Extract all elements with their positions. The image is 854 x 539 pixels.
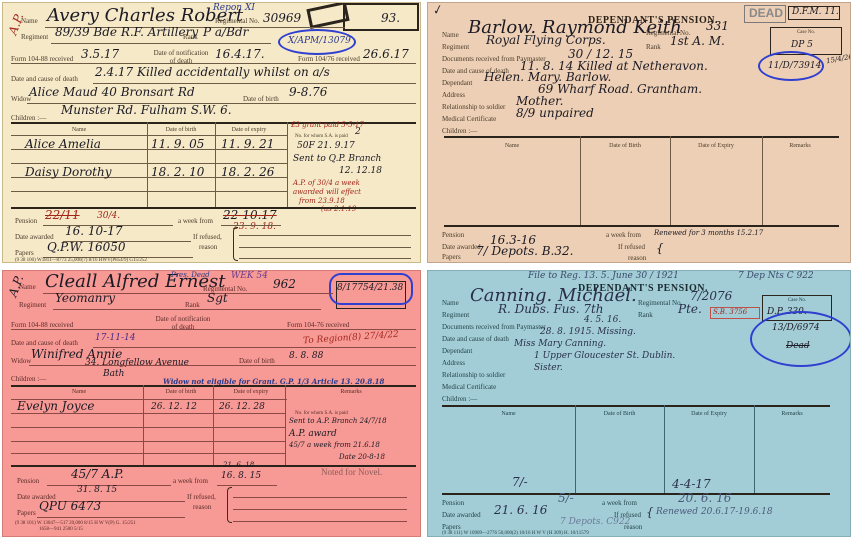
- regimental-no: 7/2076: [690, 289, 732, 303]
- child-dob: 18. 2. 10: [151, 165, 204, 179]
- label-name: Name: [442, 299, 459, 307]
- label-pension: Pension: [442, 231, 464, 239]
- col-expiry: Date of Expiry: [664, 411, 754, 417]
- label-address: Address: [442, 359, 465, 367]
- col-expiry: Date of expiry: [215, 127, 283, 133]
- rank: P a/Bdr: [203, 25, 248, 39]
- date-awarded: 16. 10-17: [65, 224, 123, 238]
- papers: 7 Depots. C922: [560, 517, 630, 527]
- case-box: 93.: [343, 3, 419, 31]
- label-papers: Papers: [17, 509, 36, 517]
- top-note: File to Reg. 13. 5. June 30 / 1921: [528, 271, 679, 281]
- annotation-top: Pres. Dead: [171, 271, 210, 279]
- week-from-new: 21. 6. 18: [223, 461, 254, 469]
- remark-3: 45/7 a week from 21.6.18: [289, 441, 380, 449]
- label-dependant: Dependant: [442, 347, 472, 355]
- circled-reference: 8/17754/21.38: [329, 273, 413, 305]
- label-reason: reason: [193, 503, 211, 511]
- medical-certificate: 8/9 unpaired: [516, 106, 594, 120]
- case-number: 93.: [381, 11, 400, 25]
- date-cause-death: 2.4.17 Killed accidentally whilst on a/s: [95, 65, 330, 79]
- label-medical: Medical Certificate: [442, 115, 496, 123]
- label-children: Children :—: [11, 375, 46, 383]
- pension-card-barlow: ✓ DEPENDANT'S PENSION. DEAD D.F.M. 11. N…: [427, 2, 851, 263]
- regimental-no: 30969: [263, 11, 301, 25]
- red-note: To Region(8) 27/4/22: [303, 330, 399, 347]
- relationship: Sister.: [534, 363, 563, 373]
- regiment: R. Dubs. Fus. 7th: [498, 302, 604, 316]
- label-week-from: a week from: [606, 231, 641, 239]
- week-from-old: 22-10.17: [223, 208, 277, 222]
- remarks-top: £3 grant paid 5-5-17: [291, 121, 364, 129]
- label-name: Name: [442, 31, 459, 39]
- child-rate: 7/-: [512, 475, 528, 489]
- label-date-cause-death: Date and cause of death: [11, 75, 78, 83]
- papers: Q.P.W. 16050: [47, 240, 126, 254]
- noted-stamp: Noted for Novel.: [321, 467, 382, 477]
- stamp-dead: DEAD: [744, 5, 786, 23]
- label-regiment: Regiment: [442, 43, 469, 51]
- rank: 1st A. M.: [670, 34, 725, 48]
- circled-reference: 13/D/6974 Dead: [750, 311, 851, 367]
- label-form-104-76: Form 104-76 received: [287, 321, 349, 329]
- label-rank: Rank: [646, 43, 661, 51]
- col-name: Name: [442, 411, 575, 417]
- label-pension: Pension: [15, 217, 37, 225]
- child-name: Alice Amelia: [25, 137, 101, 151]
- circled-ref-text: 8/17754/21.38: [337, 283, 403, 293]
- widow-dob: 9-8.76: [289, 85, 327, 99]
- top-note-right: 7 Dep Nts C 922: [738, 271, 814, 281]
- remark-2: Sent to Q.P. Branch: [293, 154, 381, 164]
- documents-received: 4. 5. 16.: [584, 315, 621, 325]
- circled-ref-text: X/APM/13079: [288, 36, 351, 46]
- pension-old: 22/11: [45, 208, 80, 222]
- print-code: (9 38 101) W 13047—517 20,000 8/15 H W V…: [15, 521, 136, 526]
- pension-card-cleall: A.P. Name Cleall Alfred Ernest Pres. Dea…: [2, 270, 421, 537]
- label-regimental-no: Regimental No.: [215, 17, 259, 25]
- date-cause-death: 28. 8. 1915. Missing.: [540, 327, 636, 337]
- regiment: 89/39 Bde R.F. Artillery: [55, 25, 198, 39]
- col-remarks: Remarks: [762, 143, 838, 149]
- label-date-awarded: Date awarded: [442, 243, 481, 251]
- label-medical: Medical Certificate: [442, 383, 496, 391]
- pension-card-canning: File to Reg. 13. 5. June 30 / 1921 7 Dep…: [427, 270, 851, 537]
- remark-4: Date 20-8-18: [339, 453, 385, 461]
- label-pension: Pension: [442, 499, 464, 507]
- papers: 7/ Depots. B.32.: [476, 244, 573, 258]
- col-dob: Date of Birth: [580, 143, 670, 149]
- week-from-new: 23. 9. 18.: [233, 222, 276, 232]
- child-name: Daisy Dorothy: [25, 165, 112, 179]
- remark-5: awarded will effect: [293, 188, 361, 196]
- regimental-no: 962: [273, 277, 296, 291]
- label-week-from: a week from: [602, 499, 637, 507]
- label-rank: Rank: [638, 311, 653, 319]
- col-name: Name: [11, 127, 147, 133]
- label-children: Children :—: [442, 395, 477, 403]
- address: 1 Upper Gloucester St. Dublin.: [534, 351, 675, 361]
- label-regiment: Regiment: [19, 301, 46, 309]
- regimental-no: 331: [706, 19, 729, 33]
- label-form-104-76: Form 104/76 received: [298, 55, 360, 63]
- label-if-refused: If refused,: [193, 233, 222, 241]
- check-mark: ✓: [430, 2, 444, 18]
- label-date-cause-death: Date and cause of death: [11, 339, 78, 347]
- label-date-of-birth: Date of birth: [239, 357, 275, 365]
- label-regimental-no: Regimental No.: [638, 299, 682, 307]
- week-from: 20. 6. 16: [678, 491, 731, 505]
- widow-dob: 8. 8. 88: [289, 351, 323, 361]
- label-form-104-88: Form 104-88 received: [11, 55, 73, 63]
- pension-new: 30/4.: [97, 211, 120, 221]
- label-relationship: Relationship to soldier: [442, 103, 505, 111]
- address: 34. Longfellow Avenue: [85, 358, 189, 368]
- col-remarks: Remarks: [287, 389, 415, 395]
- label-pension: Pension: [17, 477, 39, 485]
- label-regiment: Regiment: [442, 311, 469, 319]
- papers: QPU 6473: [39, 499, 101, 513]
- dependant: Miss Mary Canning.: [514, 339, 606, 349]
- annotation-wek: WEK 54: [231, 271, 268, 281]
- label-dependant: Dependant: [442, 79, 472, 87]
- circled-ref-text-2: Dead: [786, 341, 810, 351]
- child-dob: 11. 9. 05: [151, 137, 204, 151]
- stamp-red: S.B. 3756: [710, 307, 760, 319]
- label-rank: Rank: [183, 33, 198, 41]
- remark-4: A.P. of 30/4 a week: [293, 179, 360, 187]
- child-expiry: 26. 12. 28: [219, 402, 265, 412]
- rank: Sgt: [207, 291, 228, 305]
- label-date-awarded: Date awarded: [442, 511, 481, 519]
- remark-1: 50F 21. 9.17: [297, 141, 355, 151]
- regiment: Yeomanry: [55, 291, 115, 305]
- remark-6: from 23.9.18: [299, 197, 345, 205]
- label-reason: reason: [199, 243, 217, 251]
- label-if-refused: If refused: [618, 243, 645, 251]
- label-reason: reason: [628, 254, 646, 262]
- child-name: Evelyn Joyce: [17, 399, 94, 413]
- pension-card-avery: A.P. Name Avery Charles Robert Repon XI …: [2, 2, 421, 263]
- rank: Pte.: [678, 302, 702, 316]
- label-form-104-88: Form 104-88 received: [11, 321, 73, 329]
- remark-1: Sent to A.P. Branch 24/7/18: [289, 417, 387, 425]
- col-dob: Date of birth: [147, 127, 215, 133]
- label-papers: Papers: [15, 249, 34, 257]
- label-papers: Papers: [442, 523, 461, 531]
- annotation-top: Repon XI: [213, 3, 255, 13]
- date-awarded: 31. 8. 15: [77, 485, 117, 495]
- label-documents: Documents received from Paymaster: [442, 323, 546, 331]
- col-name: Name: [11, 389, 147, 395]
- label-week-from: a week from: [178, 217, 213, 225]
- child-dob: 26. 12. 12: [151, 402, 197, 412]
- regiment: Royal Flying Corps.: [486, 33, 606, 47]
- circled-reference: X/APM/13079: [278, 29, 356, 55]
- label-papers: Papers: [442, 253, 461, 261]
- print-code-2: 1658—941 2500 5/15: [39, 527, 83, 532]
- week-from: Renewed for 3 months 15.2.17: [654, 229, 763, 237]
- label-week-from: a week from: [173, 477, 208, 485]
- label-name: Name: [19, 283, 36, 291]
- label-name: Name: [21, 17, 38, 25]
- label-no-sa-paid: No. for whom S.A. is paid: [295, 134, 348, 139]
- stamp-dfm: D.F.M. 11.: [788, 6, 840, 20]
- circled-ref-text: 13/D/6974: [772, 323, 820, 333]
- child-expiry: 11. 9. 21: [221, 137, 274, 151]
- label-date-cause-death: Date and cause of death: [442, 335, 509, 343]
- address-cont: Munster Rd. Fulham S.W. 6.: [61, 103, 232, 117]
- widow-name: Alice Maud 40 Bronsart Rd: [29, 85, 195, 99]
- renewal-note: Renewed 20.6.17-19.6.18: [656, 507, 773, 517]
- remark-3: 12. 12.18: [339, 166, 382, 176]
- label-rank: Rank: [185, 301, 200, 309]
- circled-reference: 11/D/73914: [758, 51, 824, 81]
- label-address: Address: [442, 91, 465, 99]
- form-104-76: 26.6.17: [363, 47, 409, 61]
- date-notification: 16.4.17.: [215, 47, 265, 61]
- date-awarded: 21. 6. 16: [494, 503, 547, 517]
- label-regiment: Regiment: [21, 33, 48, 41]
- label-relationship: Relationship to soldier: [442, 371, 505, 379]
- col-dob: Date of birth: [147, 389, 215, 395]
- circled-ref-text: 11/D/73914: [768, 61, 821, 71]
- remark-2: A.P. award: [289, 429, 337, 439]
- label-children: Children :—: [11, 114, 46, 122]
- week-from: 16. 8. 15: [221, 471, 261, 481]
- col-expiry: Date of expiry: [215, 389, 287, 395]
- date-cause-death: 17-11-14: [95, 333, 135, 343]
- label-children: Children :—: [442, 127, 477, 135]
- print-code: (9 38 100) W1811—8773 25,000(7) 8/16 HWV…: [15, 258, 147, 263]
- col-name: Name: [444, 143, 580, 149]
- pension: 45/7 A.P.: [71, 467, 124, 481]
- col-dob: Date of Birth: [575, 411, 664, 417]
- col-remarks: Remarks: [754, 411, 830, 417]
- label-no-sa-paid: No. for whom S.A. is paid: [295, 411, 348, 416]
- print-code: (9 38 111) W 10909—2776 50,000(2) 10/16 …: [442, 531, 589, 536]
- child-expiry: 4-4-17: [672, 477, 711, 491]
- address-2: Bath: [103, 369, 124, 379]
- label-if-refused: If refused,: [187, 493, 216, 501]
- sa-paid: 2: [355, 127, 361, 137]
- label-date-of-birth: Date of birth: [243, 95, 279, 103]
- label-reason: reason: [624, 523, 642, 531]
- label-widow: Widow: [11, 357, 31, 365]
- col-expiry: Date of Expiry: [670, 143, 762, 149]
- form-104-88: 3.5.17: [81, 47, 119, 61]
- case-number: DP 5: [791, 40, 813, 50]
- pension: 5/-: [558, 491, 574, 505]
- child-expiry: 18. 2. 26: [221, 165, 274, 179]
